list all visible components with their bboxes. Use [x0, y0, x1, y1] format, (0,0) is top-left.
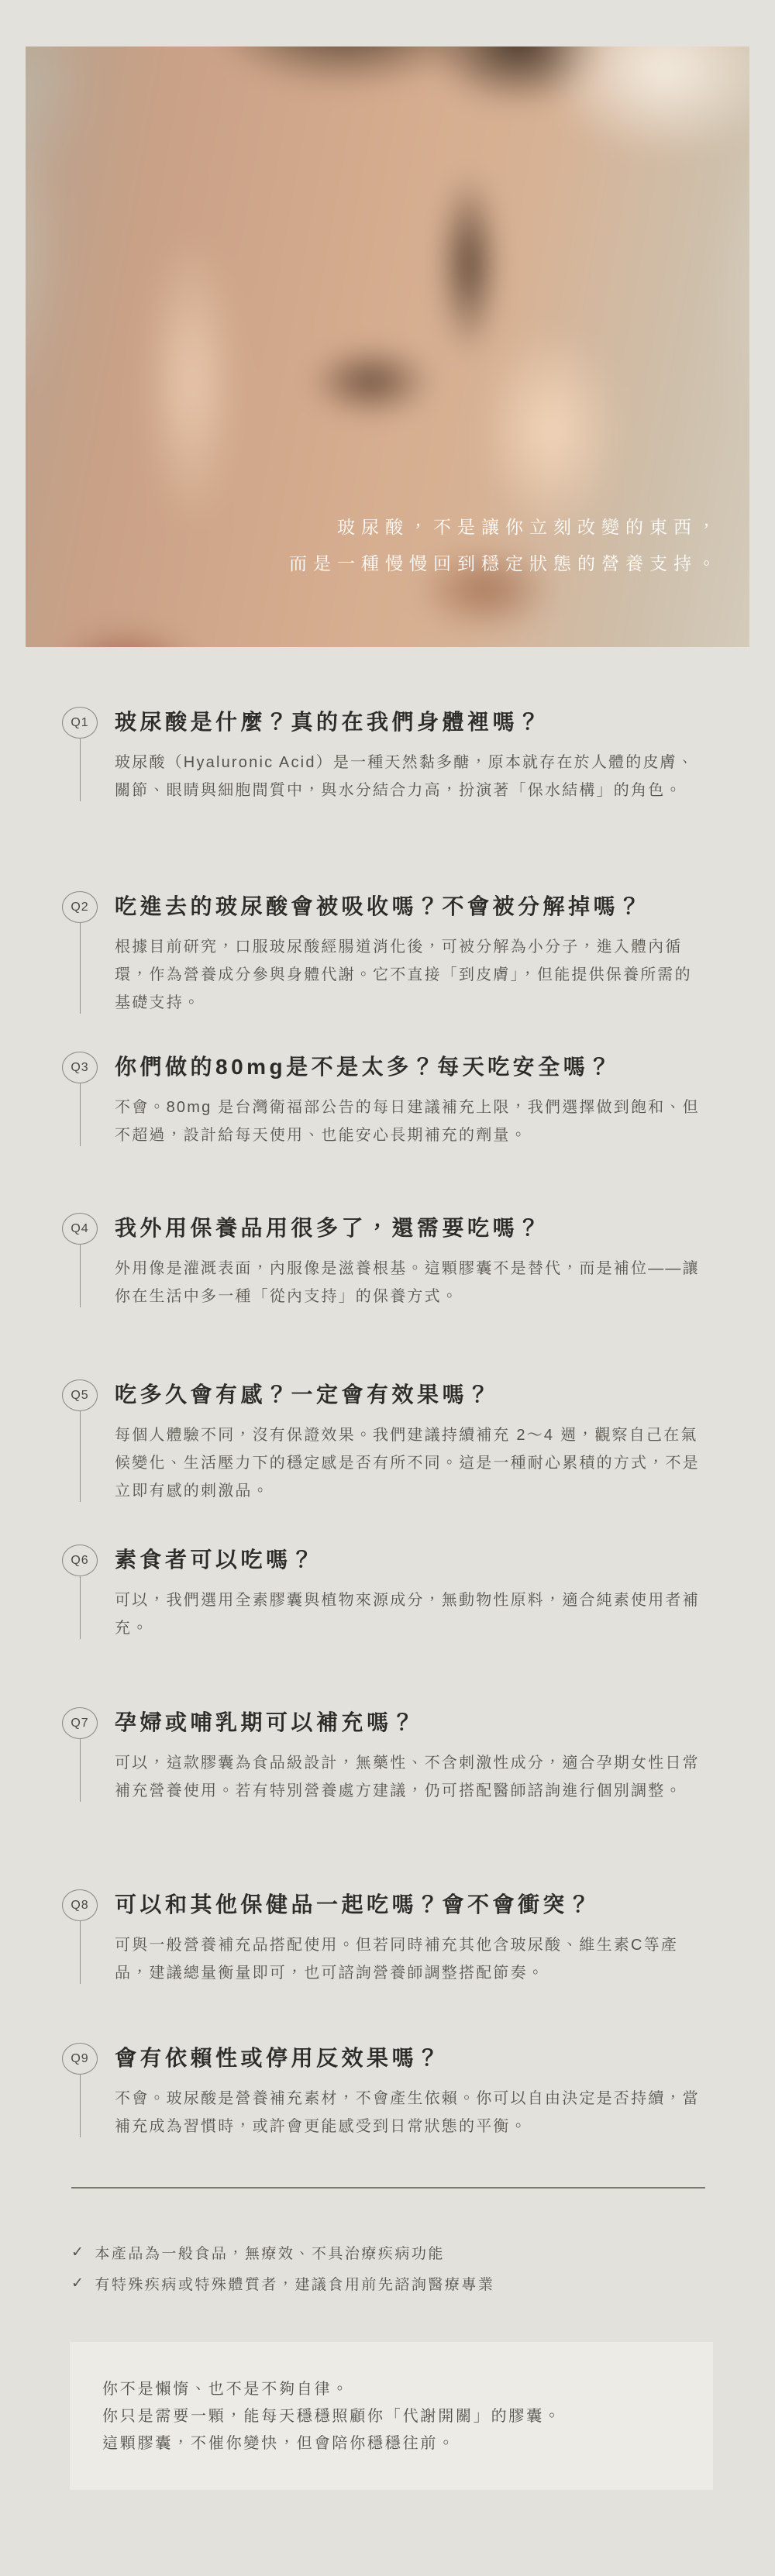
faq-rail: Q4 [62, 1213, 98, 1307]
faq-content: 會有依賴性或停用反效果嗎？ 不會。玻尿酸是營養補充素材，不會產生依賴。你可以自由… [115, 2043, 704, 2140]
faq-question: 吃進去的玻尿酸會被吸收嗎？不會被分解掉嗎？ [115, 891, 704, 922]
rail-line [80, 1411, 81, 1502]
section-divider [71, 2187, 705, 2189]
faq-rail: Q3 [62, 1052, 98, 1146]
rail-line [80, 1245, 81, 1307]
check-icon: ✓ [71, 2244, 85, 2261]
faq-item-q3: Q3 你們做的80mg是不是太多？每天吃安全嗎？ 不會。80mg 是台灣衛福部公… [0, 1052, 775, 1149]
faq-answer: 可以，我們選用全素膠囊與植物來源成分，無動物性原料，適合純素使用者補充。 [115, 1586, 704, 1642]
faq-item-q8: Q8 可以和其他保健品一起吃嗎？會不會衝突？ 可與一般營養補充品搭配使用。但若同… [0, 1889, 775, 1987]
faq-content: 孕婦或哺乳期可以補充嗎？ 可以，這款膠囊為食品級設計，無藥性、不含刺激性成分，適… [115, 1707, 704, 1805]
q6-badge: Q6 [62, 1545, 98, 1576]
faq-rail: Q1 [62, 707, 98, 801]
faq-item-q2: Q2 吃進去的玻尿酸會被吸收嗎？不會被分解掉嗎？ 根據目前研究，口服玻尿酸經腸道… [0, 891, 775, 1017]
rail-line [80, 1921, 81, 1984]
hero-caption-line-2: 而是一種慢慢回到穩定狀態的營養支持。 [289, 546, 722, 582]
faq-question: 玻尿酸是什麼？真的在我們身體裡嗎？ [115, 707, 704, 738]
faq-question: 可以和其他保健品一起吃嗎？會不會衝突？ [115, 1889, 704, 1920]
hero-image: 玻尿酸，不是讓你立刻改變的東西， 而是一種慢慢回到穩定狀態的營養支持。 [26, 46, 749, 647]
faq-item-q5: Q5 吃多久會有感？一定會有效果嗎？ 每個人體驗不同，沒有保證效果。我們建議持續… [0, 1379, 775, 1505]
faq-rail: Q6 [62, 1545, 98, 1639]
faq-answer: 不會。玻尿酸是營養補充素材，不會產生依賴。你可以自由決定是否持續，當補充成為習慣… [115, 2085, 704, 2140]
q9-badge: Q9 [62, 2043, 98, 2075]
faq-question: 素食者可以吃嗎？ [115, 1545, 704, 1576]
faq-question: 吃多久會有感？一定會有效果嗎？ [115, 1379, 704, 1410]
rail-line [80, 739, 81, 801]
faq-answer: 可與一般營養補充品搭配使用。但若同時補充其他含玻尿酸、維生素C等產品，建議總量衡… [115, 1931, 704, 1987]
faq-question: 我外用保養品用很多了，還需要吃嗎？ [115, 1213, 704, 1244]
q1-badge: Q1 [62, 707, 98, 739]
faq-rail: Q2 [62, 891, 98, 1014]
faq-rail: Q8 [62, 1889, 98, 1984]
faq-answer: 每個人體驗不同，沒有保證效果。我們建議持續補充 2～4 週，觀察自己在氣候變化、… [115, 1421, 704, 1505]
hero-caption: 玻尿酸，不是讓你立刻改變的東西， 而是一種慢慢回到穩定狀態的營養支持。 [289, 509, 722, 582]
faq-item-q6: Q6 素食者可以吃嗎？ 可以，我們選用全素膠囊與植物來源成分，無動物性原料，適合… [0, 1545, 775, 1642]
product-faq-page: 玻尿酸，不是讓你立刻改變的東西， 而是一種慢慢回到穩定狀態的營養支持。 Q1 玻… [0, 0, 775, 2576]
faq-question: 你們做的80mg是不是太多？每天吃安全嗎？ [115, 1052, 704, 1083]
closing-line-3: 這顆膠囊，不催你變快，但會陪你穩穩往前。 [102, 2430, 682, 2457]
faq-item-q4: Q4 我外用保養品用很多了，還需要吃嗎？ 外用像是灌溉表面，內服像是滋養根基。這… [0, 1213, 775, 1310]
faq-content: 玻尿酸是什麼？真的在我們身體裡嗎？ 玻尿酸（Hyaluronic Acid）是一… [115, 707, 704, 804]
faq-answer: 外用像是灌溉表面，內服像是滋養根基。這顆膠囊不是替代，而是補位——讓你在生活中多… [115, 1255, 704, 1310]
faq-rail: Q9 [62, 2043, 98, 2137]
faq-content: 吃進去的玻尿酸會被吸收嗎？不會被分解掉嗎？ 根據目前研究，口服玻尿酸經腸道消化後… [115, 891, 704, 1017]
q3-badge: Q3 [62, 1052, 98, 1083]
rail-line [80, 923, 81, 1014]
faq-item-q7: Q7 孕婦或哺乳期可以補充嗎？ 可以，這款膠囊為食品級設計，無藥性、不含刺激性成… [0, 1707, 775, 1805]
disclaimer-text: 本產品為一般食品，無療效、不具治療疾病功能 [95, 2242, 445, 2263]
faq-answer: 根據目前研究，口服玻尿酸經腸道消化後，可被分解為小分子，進入體內循環，作為營養成… [115, 933, 704, 1017]
faq-item-q1: Q1 玻尿酸是什麼？真的在我們身體裡嗎？ 玻尿酸（Hyaluronic Acid… [0, 707, 775, 804]
q5-badge: Q5 [62, 1379, 98, 1411]
faq-content: 可以和其他保健品一起吃嗎？會不會衝突？ 可與一般營養補充品搭配使用。但若同時補充… [115, 1889, 704, 1987]
rail-line [80, 1083, 81, 1146]
faq-answer: 可以，這款膠囊為食品級設計，無藥性、不含刺激性成分，適合孕期女性日常補充營養使用… [115, 1749, 704, 1805]
closing-box: 你不是懶惰、也不是不夠自律。 你只是需要一顆，能每天穩穩照顧你「代謝開關」的膠囊… [70, 2342, 713, 2490]
hero-caption-line-1: 玻尿酸，不是讓你立刻改變的東西， [289, 509, 722, 546]
q2-badge: Q2 [62, 891, 98, 923]
faq-content: 我外用保養品用很多了，還需要吃嗎？ 外用像是灌溉表面，內服像是滋養根基。這顆膠囊… [115, 1213, 704, 1310]
faq-content: 吃多久會有感？一定會有效果嗎？ 每個人體驗不同，沒有保證效果。我們建議持續補充 … [115, 1379, 704, 1505]
q4-badge: Q4 [62, 1213, 98, 1245]
faq-content: 素食者可以吃嗎？ 可以，我們選用全素膠囊與植物來源成分，無動物性原料，適合純素使… [115, 1545, 704, 1642]
faq-content: 你們做的80mg是不是太多？每天吃安全嗎？ 不會。80mg 是台灣衛福部公告的每… [115, 1052, 704, 1149]
q7-badge: Q7 [62, 1707, 98, 1739]
faq-rail: Q5 [62, 1379, 98, 1502]
check-icon: ✓ [71, 2275, 85, 2292]
rail-line [80, 1576, 81, 1639]
rail-line [80, 2075, 81, 2137]
disclaimer-item: ✓ 有特殊疾病或特殊體質者，建議食用前先諮詢醫療專業 [71, 2273, 494, 2294]
rail-line [80, 1739, 81, 1802]
disclaimer-item: ✓ 本產品為一般食品，無療效、不具治療疾病功能 [71, 2242, 445, 2263]
faq-question: 孕婦或哺乳期可以補充嗎？ [115, 1707, 704, 1738]
closing-line-1: 你不是懶惰、也不是不夠自律。 [102, 2376, 682, 2403]
faq-rail: Q7 [62, 1707, 98, 1802]
disclaimer-text: 有特殊疾病或特殊體質者，建議食用前先諮詢醫療專業 [95, 2273, 494, 2294]
faq-question: 會有依賴性或停用反效果嗎？ [115, 2043, 704, 2074]
faq-item-q9: Q9 會有依賴性或停用反效果嗎？ 不會。玻尿酸是營養補充素材，不會產生依賴。你可… [0, 2043, 775, 2140]
q8-badge: Q8 [62, 1889, 98, 1921]
faq-answer: 玻尿酸（Hyaluronic Acid）是一種天然黏多醣，原本就存在於人體的皮膚… [115, 749, 704, 804]
faq-answer: 不會。80mg 是台灣衛福部公告的每日建議補充上限，我們選擇做到飽和、但不超過，… [115, 1093, 704, 1149]
closing-line-2: 你只是需要一顆，能每天穩穩照顧你「代謝開關」的膠囊。 [102, 2403, 682, 2430]
